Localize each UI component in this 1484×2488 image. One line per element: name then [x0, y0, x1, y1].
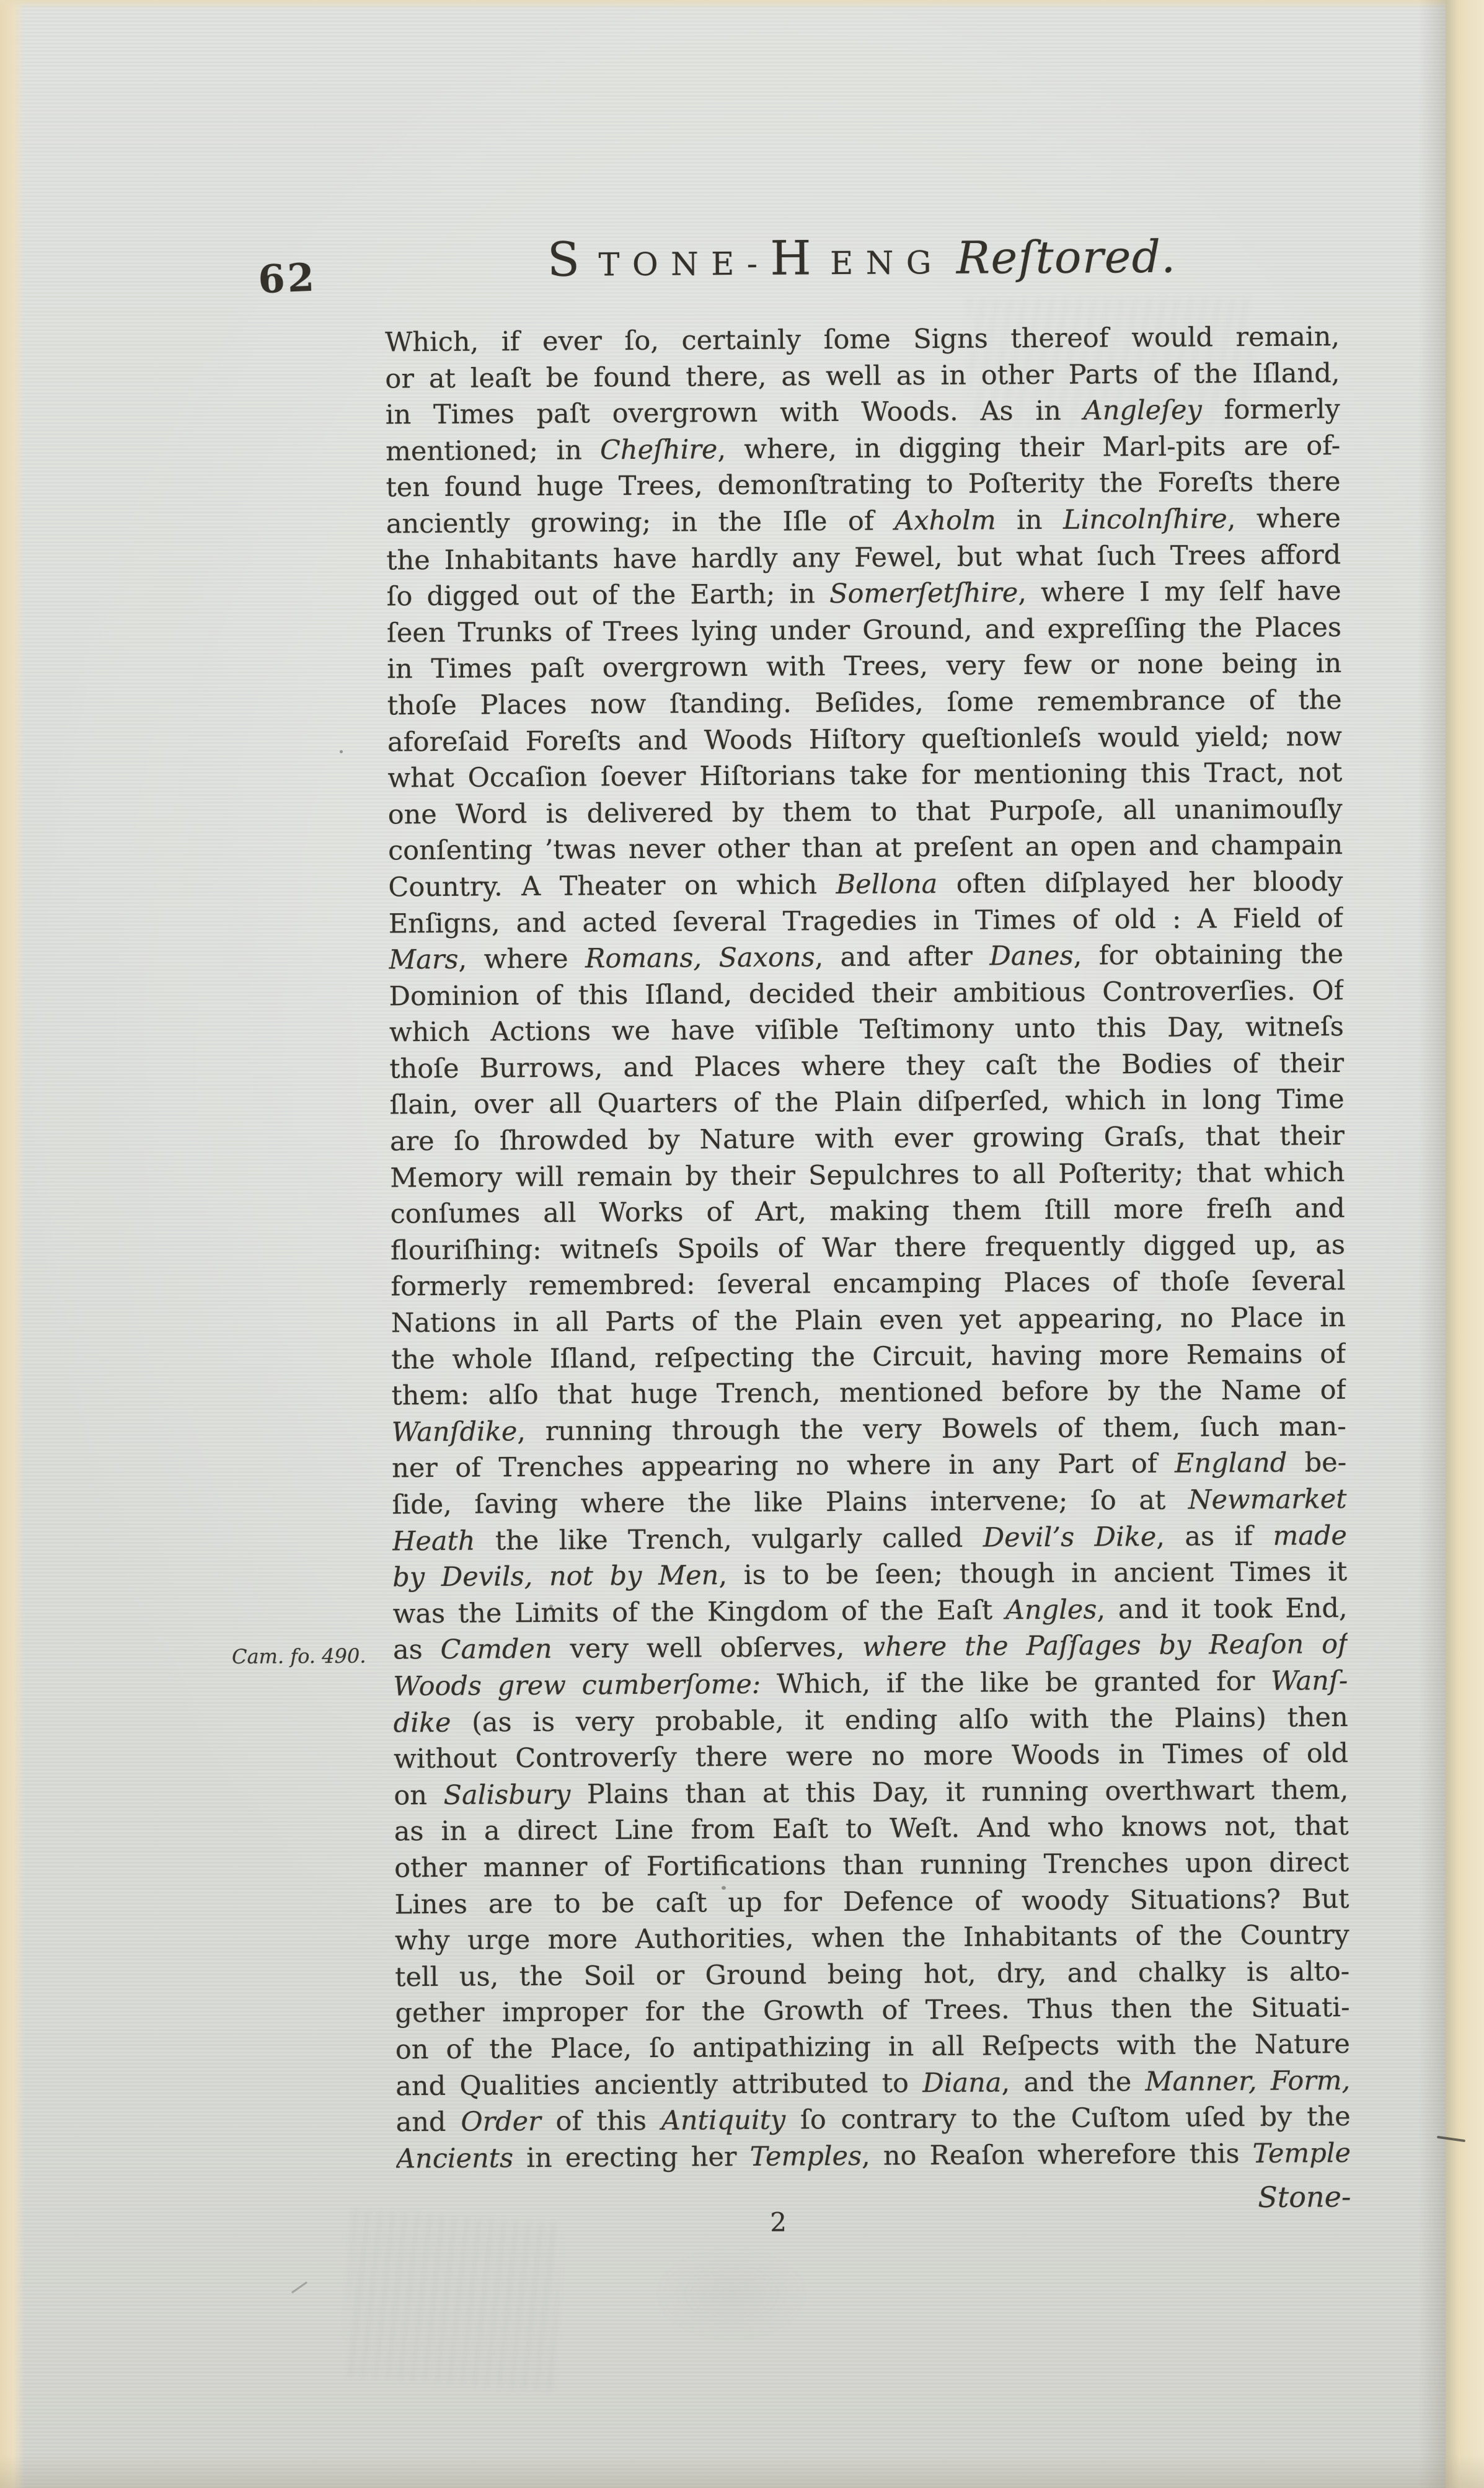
text-line: ſeen Trunks of Trees lying under Ground,… [387, 609, 1341, 652]
text-segment: ENG [830, 245, 944, 282]
text-segment: the whole Iſland, reſpecting the Circuit… [391, 1339, 1346, 1375]
text-segment: , is to be ſeen; though in ancient Times… [718, 1556, 1347, 1591]
text-segment: England [1175, 1448, 1287, 1479]
text-line: in Times paſt overgrown with Trees, very… [387, 645, 1341, 688]
text-segment: ſlain, over all Quarters of the Plain di… [389, 1084, 1344, 1121]
text-segment: often diſplayed her bloody [937, 866, 1343, 900]
text-segment: , running through the very Bowels of the… [517, 1411, 1346, 1447]
text-line: Lines are to be caſt up for Defence of w… [394, 1881, 1349, 1923]
text-segment: by Devils, not by Men [392, 1560, 718, 1593]
text-segment: Devil’s Dike [983, 1521, 1157, 1554]
text-segment: Dominion of this Iſland, decided their a… [389, 975, 1343, 1012]
text-line: conſumes all Works of Art, making them ſ… [391, 1190, 1345, 1233]
text-segment: them: alſo that huge Trench, mentioned b… [391, 1375, 1346, 1411]
text-line: Dominion of this Iſland, decided their a… [389, 973, 1343, 1015]
text-segment: Cheſhire [600, 434, 718, 466]
text-line: conſenting ’twas never other than at pre… [388, 827, 1343, 869]
text-segment: or at leaſt be found there, as well as i… [385, 358, 1340, 394]
text-segment: in erecting her [513, 2141, 750, 2174]
text-segment: which Actions we have viſible Teſtimony … [389, 1011, 1344, 1048]
text-segment: in Times paſt overgrown with Woods. As i… [386, 396, 1084, 431]
text-line: by Devils, not by Men, is to be ſeen; th… [392, 1554, 1347, 1596]
text-segment: ten found huge Trees, demonſtrating to P… [386, 466, 1340, 503]
text-segment: what Occaſion ſoever Hiſtorians take for… [387, 757, 1342, 794]
text-segment: ſo digged out of the Earth; in [386, 578, 829, 612]
text-segment: Enſigns, and acted ſeveral Tragedies in … [389, 903, 1343, 939]
text-line: Which, if ever ſo, certainly ſome Signs … [385, 319, 1340, 361]
text-line: Mars, where Romans, Saxons, and after Da… [389, 936, 1343, 978]
text-line: flouriſhing: witneſs Spoils of War there… [391, 1227, 1345, 1269]
text-segment: Bellona [836, 869, 937, 900]
text-segment: as [393, 1634, 441, 1665]
text-segment: , no Reaſon wherefore this [862, 2138, 1253, 2172]
text-line: and Order of this Antiquity ſo contrary … [395, 2099, 1350, 2141]
text-segment: , where [1227, 503, 1341, 534]
text-line: without Controverſy there were no more W… [394, 1735, 1348, 1777]
body-text: Which, if ever ſo, certainly ſome Signs … [385, 319, 1351, 2177]
text-line: gether improper for the Growth of Trees.… [395, 1990, 1349, 2032]
text-segment: Plains than at this Day, it running over… [570, 1774, 1348, 1810]
text-segment: other manner of Fortifications than runn… [394, 1847, 1349, 1884]
text-segment: aforeſaid Foreſts and Woods Hiſtory queſ… [387, 721, 1342, 758]
text-segment: Somerſetſhire [829, 577, 1018, 609]
running-title: STONE-HENGReſtored. [384, 227, 1340, 288]
text-line: ſlain, over all Quarters of the Plain di… [389, 1082, 1344, 1124]
text-segment: Antiquity [661, 2105, 786, 2136]
text-segment: anciently growing; in the Iſle of [386, 505, 895, 539]
text-segment: Salisbury [443, 1779, 570, 1810]
margin-citation-note: Cam. fo. 490. [232, 1644, 399, 1668]
text-segment: very well obſerves, [552, 1632, 862, 1665]
text-segment: Which, if the like be granted for [761, 1666, 1271, 1700]
text-segment: on [394, 1780, 443, 1811]
text-segment: Angles [1005, 1594, 1097, 1626]
text-segment: ner of Trenches appearing no where in an… [392, 1448, 1175, 1484]
text-segment: conſumes all Works of Art, making them ſ… [391, 1193, 1345, 1229]
book-page-scan: 62 STONE-HENGReſtored. Cam. fo. 490. Whi… [0, 0, 1484, 2488]
text-segment: Reſtored. [956, 231, 1177, 284]
text-segment: H [770, 230, 830, 286]
text-segment: Woods grew cumberſome: [393, 1669, 761, 1702]
text-line: ner of Trenches appearing no where in an… [392, 1445, 1346, 1487]
text-segment: Memory will remain by their Sepulchres t… [390, 1157, 1345, 1193]
text-segment: , where [458, 944, 585, 975]
text-segment: was the Limits of the Kingdom of the Eaſ… [392, 1595, 1005, 1629]
text-segment: Lines are to be caſt up for Defence of w… [394, 1884, 1349, 1920]
page-content: 62 STONE-HENGReſtored. Cam. fo. 490. Whi… [0, 0, 1484, 2488]
text-line: Nations in all Parts of the Plain even y… [391, 1299, 1346, 1342]
text-line: one Word is delivered by them to that Pu… [388, 791, 1343, 833]
text-segment: in Times paſt overgrown with Trees, very… [387, 648, 1341, 684]
catchword: Stone- [396, 2180, 1351, 2219]
text-segment: mentioned; in [386, 435, 600, 467]
text-line: as Camden very well obſerves, where the … [393, 1626, 1348, 1668]
text-segment: Country. A Theater on which [388, 869, 836, 903]
text-segment: and Qualities anciently attributed to [395, 2068, 922, 2102]
text-segment: why urge more Authorities, when the Inha… [395, 1919, 1349, 1956]
text-segment: without Controverſy there were no more W… [394, 1738, 1348, 1774]
text-segment: formerly remembred: ſeveral encamping Pl… [391, 1265, 1345, 1302]
text-line: what Occaſion ſoever Hiſtorians take for… [387, 755, 1342, 797]
text-segment: ſo contrary to the Cuſtom uſed by the [785, 2101, 1351, 2136]
text-segment: , and after [815, 941, 989, 973]
text-segment: , where I my ſelf have [1018, 575, 1341, 608]
text-segment: Mars [389, 944, 459, 976]
text-segment: conſenting ’twas never other than at pre… [388, 830, 1343, 866]
text-line: Woods grew cumberſome: Which, if the lik… [393, 1663, 1348, 1705]
text-segment: Heath [392, 1525, 475, 1557]
text-segment: in [996, 505, 1063, 536]
text-segment: , and it took End, [1097, 1593, 1347, 1625]
text-segment: , for obtaining the [1073, 939, 1343, 972]
text-line: Wanſdike, running through the very Bowel… [392, 1409, 1346, 1451]
text-segment: of this [541, 2105, 661, 2137]
text-segment: and [395, 2107, 461, 2138]
text-segment: Angleſey [1084, 395, 1202, 427]
text-segment: Diana [922, 2067, 1002, 2099]
text-segment: ſide, ſaving where the like Plains inter… [392, 1485, 1188, 1521]
text-line: was the Limits of the Kingdom of the Eaſ… [392, 1590, 1347, 1632]
text-line: on Salisbury Plains than at this Day, it… [394, 1772, 1348, 1814]
text-line: are ſo ſhrowded by Nature with ever grow… [390, 1118, 1345, 1160]
text-segment: Lincolnſhire [1063, 503, 1227, 536]
text-segment: are ſo ſhrowded by Nature with ever grow… [390, 1120, 1345, 1157]
text-line: ten found huge Trees, demonſtrating to P… [386, 464, 1340, 506]
text-segment: Wanſ- [1271, 1665, 1348, 1697]
text-line: aforeſaid Foreſts and Woods Hiſtory queſ… [387, 719, 1342, 761]
text-segment: where the Paſſages by Reaſon of [862, 1629, 1348, 1663]
text-segment: , as if [1156, 1520, 1273, 1552]
text-line: Memory will remain by their Sepulchres t… [390, 1154, 1345, 1197]
text-line: Ancients in erecting her Temples, no Rea… [396, 2135, 1351, 2177]
text-line: as in a direct Line from Eaſt to Weſt. A… [394, 1808, 1349, 1850]
text-segment: on of the Place, ſo antipathizing in all… [395, 2029, 1350, 2065]
text-line: formerly remembred: ſeveral encamping Pl… [391, 1263, 1345, 1305]
text-segment: Camden [440, 1634, 552, 1665]
text-line: the Inhabitants have hardly any Fewel, b… [386, 537, 1341, 579]
text-segment: one Word is delivered by them to that Pu… [388, 794, 1343, 830]
text-segment: ſeen Trunks of Trees lying under Ground,… [387, 612, 1341, 649]
text-line: mentioned; in Cheſhire, where, in diggin… [386, 428, 1340, 470]
text-segment: Nations in all Parts of the Plain even y… [391, 1302, 1346, 1339]
text-segment: formerly [1202, 394, 1340, 425]
text-line: Enſigns, and acted ſeveral Tragedies in … [389, 900, 1343, 942]
text-segment: flouriſhing: witneſs Spoils of War there… [391, 1229, 1345, 1266]
text-line: Country. A Theater on which Bellona ofte… [388, 864, 1343, 906]
text-segment: thoſe Burrows, and Places where they caſ… [389, 1048, 1344, 1084]
text-line: dike (as is very probable, it ending alſ… [394, 1699, 1348, 1742]
text-line: and Qualities anciently attributed to Di… [395, 2063, 1350, 2105]
text-segment: Romans, Saxons [585, 942, 815, 974]
text-segment: (as is very probable, it ending alſo wit… [451, 1702, 1348, 1738]
text-segment: as in a direct Line from Eaſt to Weſt. A… [394, 1810, 1349, 1847]
text-line: in Times paſt overgrown with Woods. As i… [386, 391, 1340, 433]
text-segment: Ancients [396, 2143, 513, 2174]
text-line: Heath the like Trench, vulgarly called D… [392, 1518, 1347, 1560]
text-segment: the Inhabitants have hardly any Fewel, b… [386, 539, 1341, 576]
text-line: tell us, the Soil or Ground being hot, d… [395, 1954, 1349, 1996]
text-segment: Danes [989, 941, 1074, 972]
text-segment: - [747, 246, 771, 283]
text-segment: Axholm [894, 505, 996, 536]
text-segment: , where, in digging their Marl-pits are … [717, 430, 1340, 465]
text-line: why urge more Authorities, when the Inha… [395, 1917, 1349, 1959]
text-line: the whole Iſland, reſpecting the Circuit… [391, 1336, 1346, 1378]
page-number: 62 [257, 255, 317, 303]
text-segment: thoſe Places now ſtanding. Beſides, ſome… [387, 684, 1342, 721]
text-line: anciently growing; in the Iſle of Axholm… [386, 500, 1341, 542]
text-line: ſo digged out of the Earth; in Somerſetſ… [386, 573, 1341, 615]
text-line: which Actions we have viſible Teſtimony … [389, 1009, 1344, 1051]
text-line: ſide, ſaving where the like Plains inter… [392, 1481, 1346, 1523]
text-segment: Order [461, 2106, 541, 2138]
text-segment: gether improper for the Growth of Trees.… [395, 1992, 1349, 2029]
text-line: other manner of Fortifications than runn… [394, 1844, 1349, 1887]
text-line: thoſe Burrows, and Places where they caſ… [389, 1045, 1344, 1087]
text-segment: S [547, 231, 599, 287]
text-segment: dike [394, 1707, 451, 1738]
text-line: or at leaſt be found there, as well as i… [385, 355, 1340, 397]
text-segment: Manner, Form, [1145, 2065, 1350, 2097]
text-segment: Temple [1253, 2138, 1351, 2169]
text-segment: Which, if ever ſo, certainly ſome Signs … [385, 321, 1340, 358]
text-segment: , and the [1001, 2066, 1145, 2098]
text-segment: Temples [750, 2141, 862, 2172]
text-segment: Newmarket [1188, 1484, 1347, 1516]
text-segment: made [1273, 1520, 1347, 1552]
text-segment: Wanſdike [392, 1416, 518, 1448]
text-segment: TONE [598, 246, 747, 283]
text-segment: be- [1287, 1447, 1346, 1479]
text-line: them: alſo that huge Trench, mentioned b… [391, 1372, 1346, 1414]
text-segment: the like Trench, vulgarly called [475, 1522, 983, 1556]
text-segment: tell us, the Soil or Ground being hot, d… [395, 1956, 1349, 1993]
text-line: thoſe Places now ſtanding. Beſides, ſome… [387, 682, 1342, 724]
text-line: on of the Place, ſo antipathizing in all… [395, 2026, 1350, 2068]
